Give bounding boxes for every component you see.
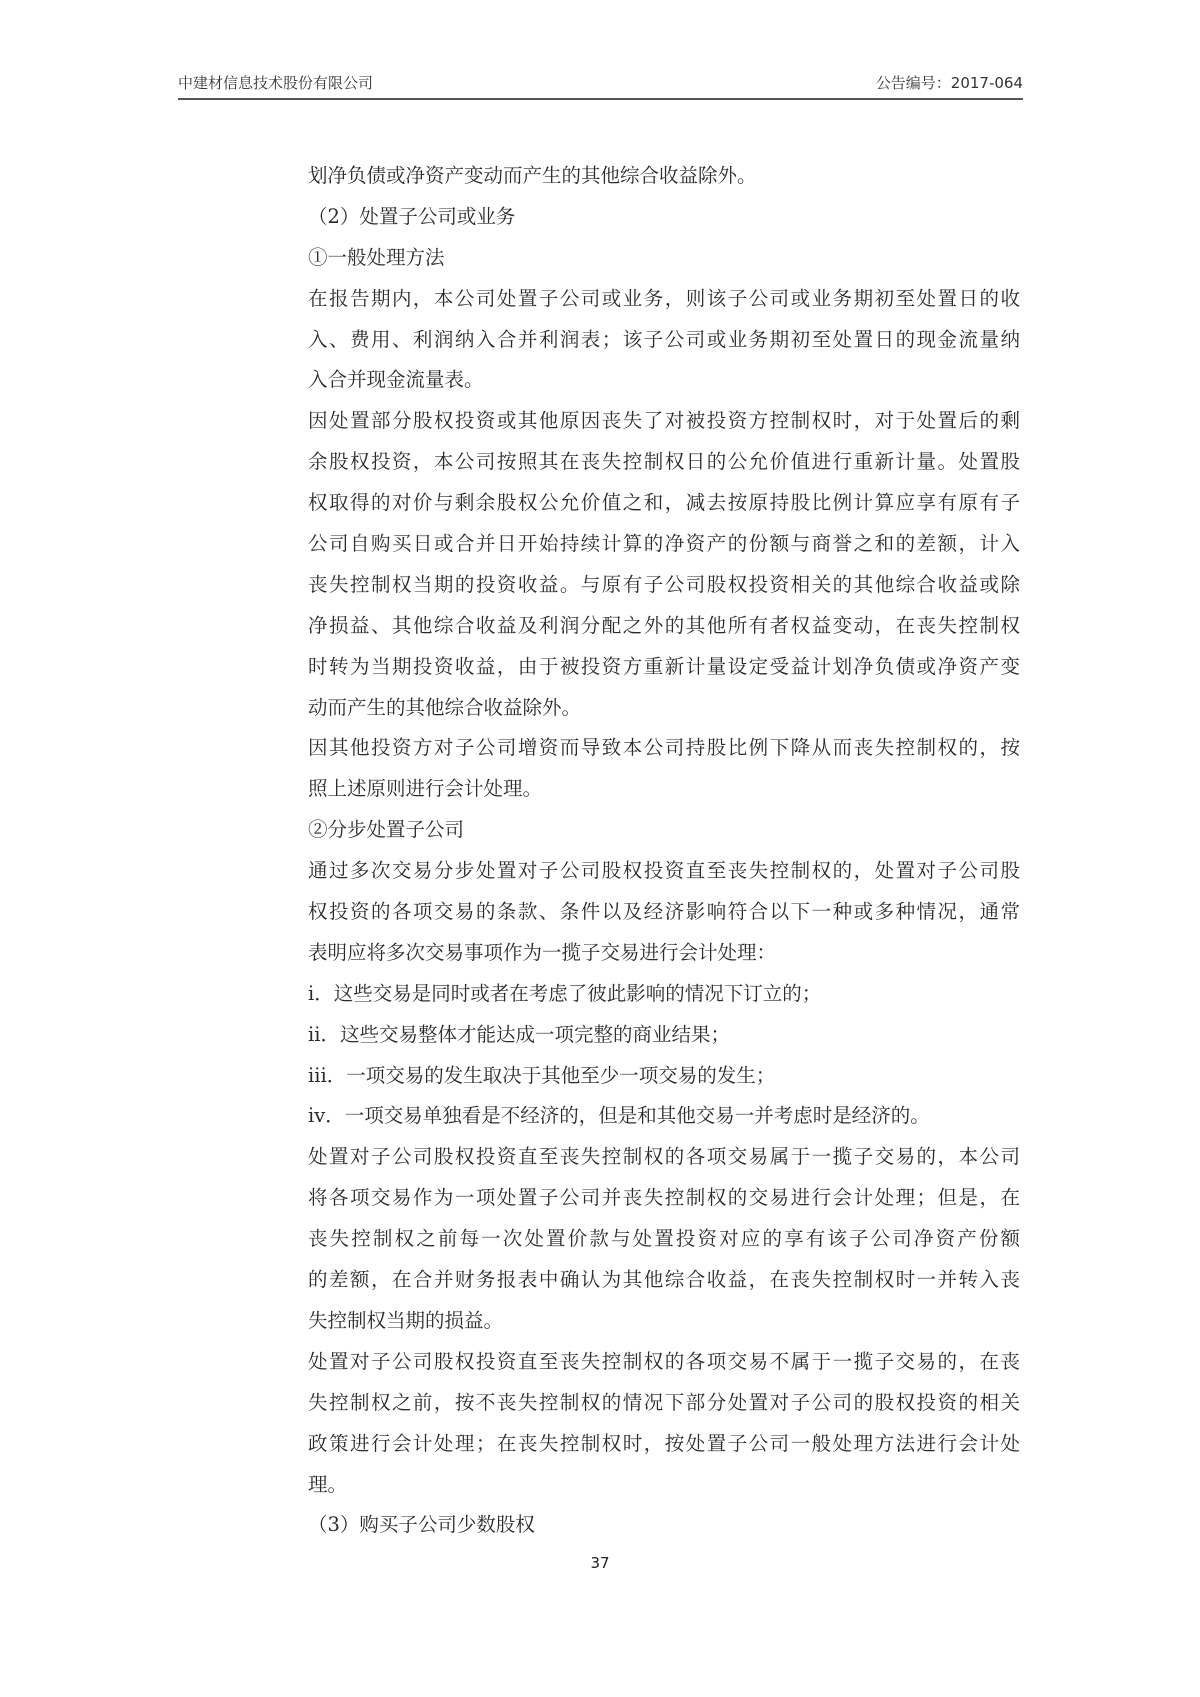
notice-number: 公告编号：2017-064 <box>876 72 1023 93</box>
text-line: i．这些交易是同时或者在考虑了彼此影响的情况下订立的； <box>308 974 1020 1015</box>
text-line: 失控制权当期的损益。 <box>308 1301 1020 1342</box>
text-line: 丧失控制权之前每一次处置价款与处置投资对应的享有该子公司净资产份额 <box>308 1219 1020 1260</box>
text-line: 失控制权之前，按不丧失控制权的情况下部分处置对子公司的股权投资的相关 <box>308 1383 1020 1424</box>
text-line: 处置对子公司股权投资直至丧失控制权的各项交易属于一揽子交易的，本公司 <box>308 1137 1020 1178</box>
text-line: 权投资的各项交易的条款、条件以及经济影响符合以下一种或多种情况，通常 <box>308 892 1020 933</box>
text-line: 通过多次交易分步处置对子公司股权投资直至丧失控制权的，处置对子公司股 <box>308 851 1020 892</box>
text-line: 净损益、其他综合收益及利润分配之外的其他所有者权益变动，在丧失控制权 <box>308 606 1020 647</box>
text-line: 入、费用、利润纳入合并利润表；该子公司或业务期初至处置日的现金流量纳 <box>308 320 1020 361</box>
text-line: iii．一项交易的发生取决于其他至少一项交易的发生； <box>308 1056 1020 1097</box>
text-line: 入合并现金流量表。 <box>308 360 1020 401</box>
text-line: 权取得的对价与剩余股权公允价值之和，减去按原持股比例计算应享有原有子 <box>308 483 1020 524</box>
text-line: 公司自购买日或合并日开始持续计算的净资产的份额与商誉之和的差额，计入 <box>308 524 1020 565</box>
company-name: 中建材信息技术股份有限公司 <box>178 72 373 93</box>
text-line: iv．一项交易单独看是不经济的，但是和其他交易一并考虑时是经济的。 <box>308 1096 1020 1137</box>
text-line: （3）购买子公司少数股权 <box>308 1505 1020 1546</box>
document-body: 划净负债或净资产变动而产生的其他综合收益除外。（2）处置子公司或业务①一般处理方… <box>308 156 1020 1546</box>
text-line: 丧失控制权当期的投资收益。与原有子公司股权投资相关的其他综合收益或除 <box>308 565 1020 606</box>
header-divider <box>178 98 1023 100</box>
text-line: （2）处置子公司或业务 <box>308 197 1020 238</box>
text-line: 表明应将多次交易事项作为一揽子交易进行会计处理： <box>308 933 1020 974</box>
text-line: 在报告期内，本公司处置子公司或业务，则该子公司或业务期初至处置日的收 <box>308 279 1020 320</box>
text-line: ii．这些交易整体才能达成一项完整的商业结果； <box>308 1015 1020 1056</box>
text-line: 将各项交易作为一项处置子公司并丧失控制权的交易进行会计处理；但是，在 <box>308 1178 1020 1219</box>
text-line: 动而产生的其他综合收益除外。 <box>308 688 1020 729</box>
text-line: ②分步处置子公司 <box>308 810 1020 851</box>
text-line: 因处置部分股权投资或其他原因丧失了对被投资方控制权时，对于处置后的剩 <box>308 401 1020 442</box>
text-line: 因其他投资方对子公司增资而导致本公司持股比例下降从而丧失控制权的，按 <box>308 728 1020 769</box>
text-line: 理。 <box>308 1465 1020 1506</box>
text-line: 时转为当期投资收益，由于被投资方重新计量设定受益计划净负债或净资产变 <box>308 647 1020 688</box>
page-number: 37 <box>0 1554 1200 1572</box>
text-line: 政策进行会计处理；在丧失控制权时，按处置子公司一般处理方法进行会计处 <box>308 1424 1020 1465</box>
text-line: ①一般处理方法 <box>308 238 1020 279</box>
text-line: 划净负债或净资产变动而产生的其他综合收益除外。 <box>308 156 1020 197</box>
page-header: 中建材信息技术股份有限公司 公告编号：2017-064 <box>178 70 1023 96</box>
text-line: 余股权投资，本公司按照其在丧失控制权日的公允价值进行重新计量。处置股 <box>308 442 1020 483</box>
text-line: 的差额，在合并财务报表中确认为其他综合收益，在丧失控制权时一并转入丧 <box>308 1260 1020 1301</box>
text-line: 照上述原则进行会计处理。 <box>308 769 1020 810</box>
text-line: 处置对子公司股权投资直至丧失控制权的各项交易不属于一揽子交易的，在丧 <box>308 1342 1020 1383</box>
